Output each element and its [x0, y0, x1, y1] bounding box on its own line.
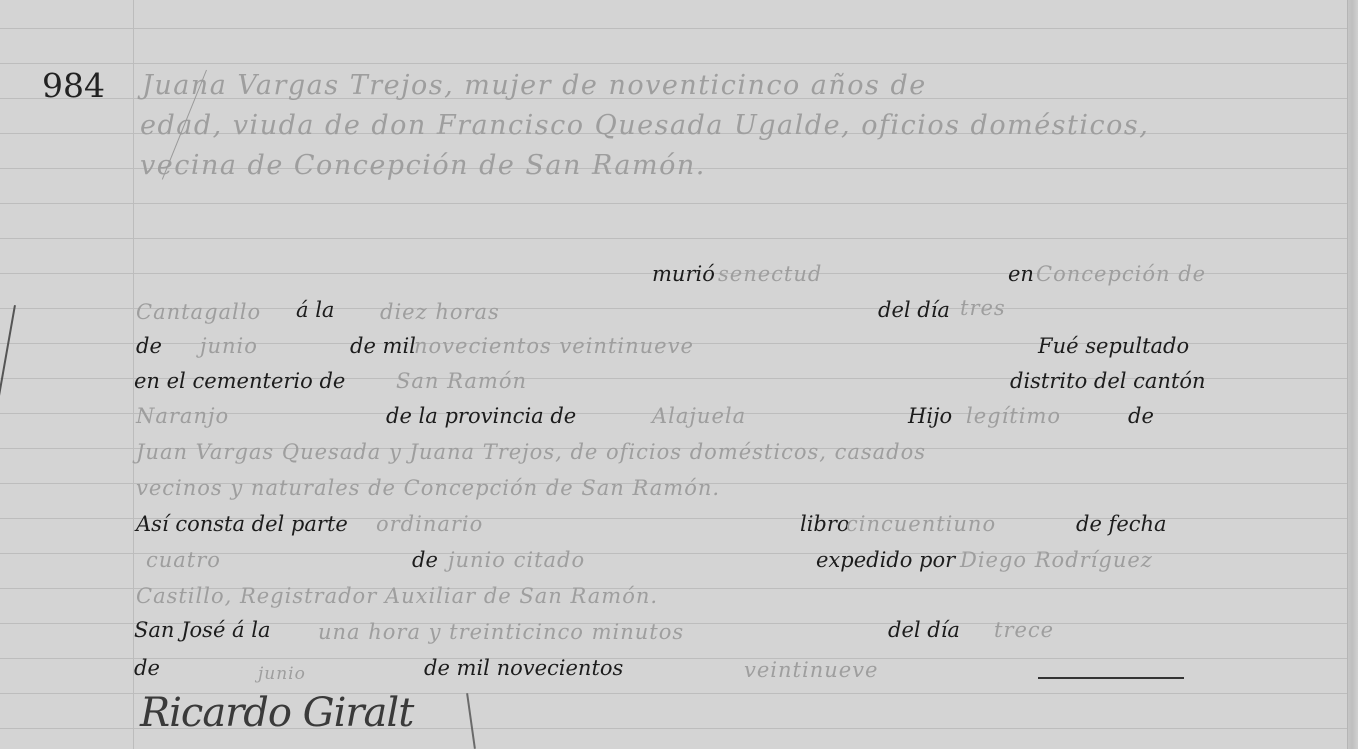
header-entry-line-1: Juana Vargas Trejos, mujer de noventicin…: [142, 70, 927, 101]
label-murio: murió: [652, 262, 715, 286]
value-expedido-continued: Castillo, Registrador Auxiliar de San Ra…: [136, 584, 658, 608]
margin-pencil-mark: [0, 305, 16, 492]
label-del-dia: del día: [878, 298, 950, 322]
value-hijo-type: legítimo: [966, 404, 1061, 428]
value-sj-hour: una hora y treinticinco minutos: [318, 620, 684, 644]
header-entry-line-2: edad, viuda de don Francisco Quesada Uga…: [140, 110, 1149, 141]
value-province: Alajuela: [652, 404, 746, 428]
header-entry-line-3: vecina de Concepción de San Ramón.: [140, 150, 706, 181]
value-sj-day: trece: [994, 618, 1054, 642]
value-place-continued: Cantagallo: [136, 300, 261, 324]
value-hour: diez horas: [380, 300, 500, 324]
value-parte: ordinario: [376, 512, 483, 536]
label-sj-del-dia: del día: [888, 618, 960, 642]
label-cementerio: en el cementerio de: [134, 369, 345, 393]
label-de-fecha: de fecha: [1076, 512, 1167, 536]
value-expedido-por: Diego Rodríguez: [960, 548, 1153, 572]
label-fue-sepultado: Fué sepultado: [1038, 334, 1189, 358]
label-hijo-de: de: [1128, 404, 1154, 428]
value-place: Concepción de: [1036, 262, 1206, 286]
value-fecha-month: junio citado: [448, 548, 585, 572]
label-libro: libro: [800, 512, 850, 536]
value-sj-month: junio: [258, 664, 306, 684]
label-fecha-de: de: [412, 548, 438, 572]
value-fecha-day: cuatro: [146, 548, 221, 572]
value-sj-year: veintinueve: [744, 658, 878, 682]
label-de-mil: de mil: [350, 334, 416, 358]
label-distrito-canton: distrito del cantón: [1010, 369, 1206, 393]
value-parents-line-2: vecinos y naturales de Concepción de San…: [136, 476, 720, 500]
label-hijo: Hijo: [908, 404, 952, 428]
page-binding-edge: [1347, 0, 1358, 749]
label-san-jose: San José á la: [134, 618, 270, 642]
label-asi-consta: Así consta del parte: [136, 512, 348, 536]
label-en: en: [1008, 262, 1034, 286]
signature-flourish: [466, 693, 476, 749]
value-parents-line-1: Juan Vargas Quesada y Juana Trejos, de o…: [136, 440, 926, 464]
entry-number: 984: [42, 66, 105, 105]
registrar-signature: Ricardo Giralt: [140, 690, 413, 736]
value-day: tres: [960, 296, 1006, 320]
label-sj-de: de: [134, 656, 160, 680]
label-sj-de-mil-novecientos: de mil novecientos: [424, 656, 623, 680]
value-cause-of-death: senectud: [718, 262, 822, 286]
label-expedido-por: expedido por: [816, 548, 955, 572]
value-year: novecientos veintinueve: [414, 334, 694, 358]
value-month: junio: [200, 334, 258, 358]
value-libro: cincuentiuno: [846, 512, 996, 536]
label-provincia: de la provincia de: [386, 404, 576, 428]
label-a-la: á la: [296, 298, 334, 322]
label-de-month: de: [136, 334, 162, 358]
register-page: 984 Juana Vargas Trejos, mujer de novent…: [0, 0, 1358, 749]
value-cemetery: San Ramón: [396, 369, 527, 393]
value-canton: Naranjo: [136, 404, 229, 428]
closing-line: [1038, 677, 1184, 679]
